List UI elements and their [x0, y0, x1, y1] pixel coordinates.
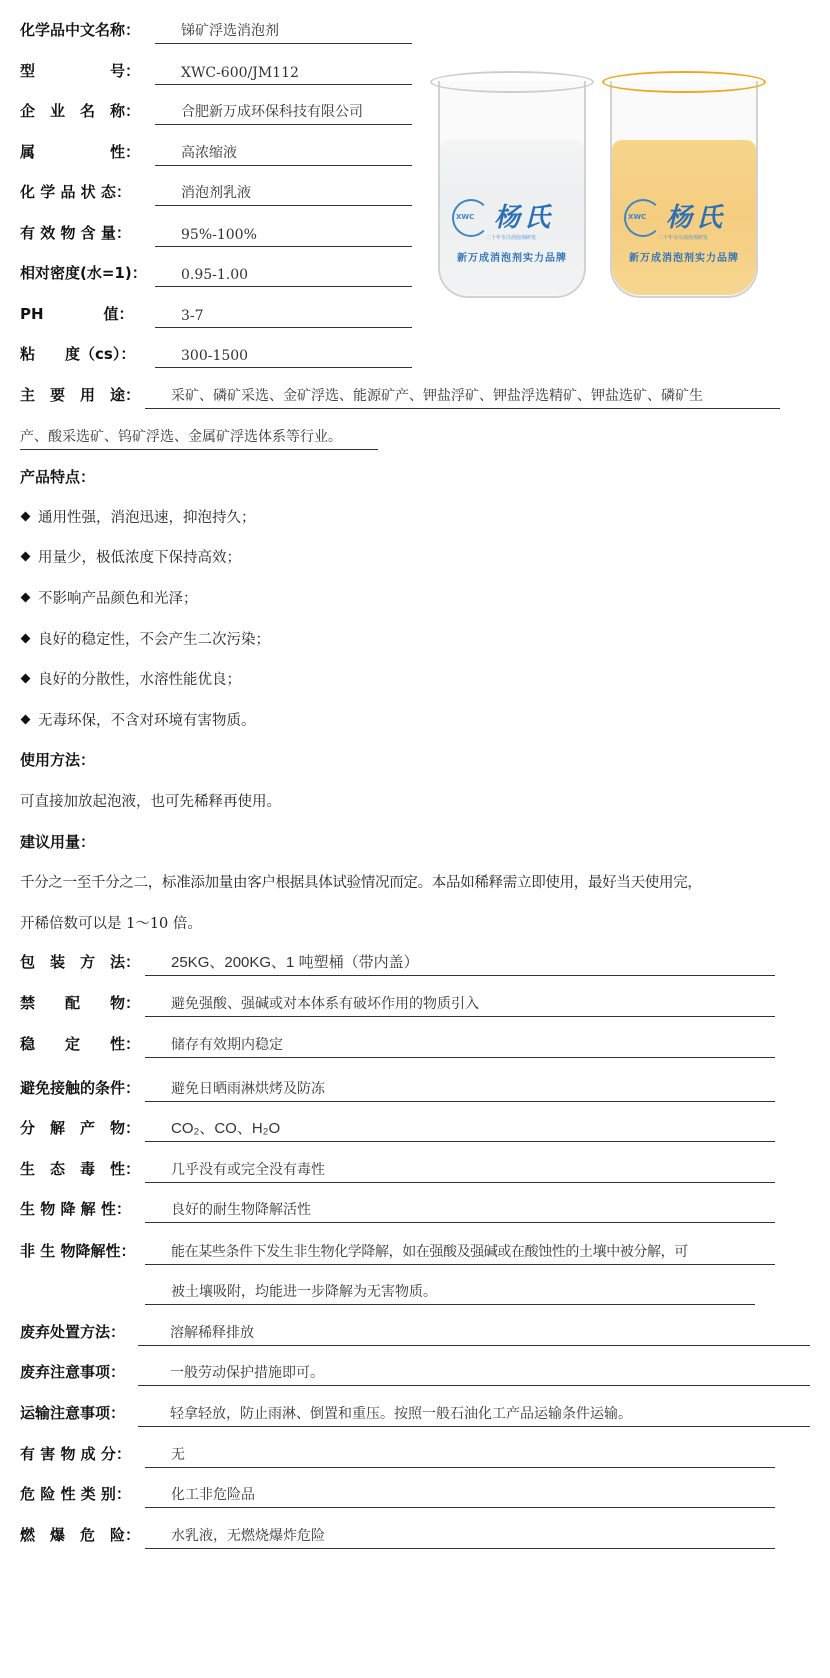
- field-label: 化 学 品 状 态：: [20, 181, 155, 206]
- field-label: 运输注意事项：: [20, 1402, 138, 1427]
- field-label: 生 物 降 解 性：: [20, 1198, 145, 1223]
- field-label: 燃 爆 危 险：: [20, 1524, 145, 1549]
- field-value: 几乎没有或完全没有毒性: [145, 1159, 775, 1183]
- field-label: 禁 配 物：: [20, 992, 145, 1017]
- feature-item: 通用性强，消泡迅速，抑泡持久；: [20, 506, 256, 527]
- diamond-bullet-icon: [21, 593, 31, 603]
- field-value: 采矿、磷矿采选、金矿浮选、能源矿产、钾盐浮矿、钾盐浮选精矿、钾盐选矿、磷矿生: [145, 385, 780, 409]
- field-value: 一般劳动保护措施即可。: [138, 1362, 810, 1386]
- field-company: 企 业 名 称： 合肥新万成环保科技有限公司: [20, 95, 412, 125]
- field-value: 合肥新万成环保科技有限公司: [155, 101, 412, 125]
- dosage-heading: 建议用量：: [20, 831, 95, 852]
- field-ecotoxicity: 生 态 毒 性： 几乎没有或完全没有毒性: [20, 1153, 775, 1183]
- field-biodegradability: 生 物 降 解 性： 良好的耐生物降解活性: [20, 1193, 775, 1223]
- diamond-bullet-icon: [21, 674, 31, 684]
- field-main-use: 主 要 用 途： 采矿、磷矿采选、金矿浮选、能源矿产、钾盐浮矿、钾盐浮选精矿、钾…: [20, 379, 780, 409]
- field-value: 0.95-1.00: [155, 267, 412, 287]
- usage-text: 可直接加放起泡液，也可先稀释再使用。: [20, 790, 281, 811]
- field-label: 避免接触的条件：: [20, 1077, 145, 1102]
- product-image: XWC 杨氏 二十年专注消泡剂研发 新万成消泡剂实力品牌 XWC 杨氏 二十年专…: [430, 55, 770, 325]
- field-label: PH 值：: [20, 303, 155, 328]
- diamond-bullet-icon: [21, 715, 31, 725]
- field-disposal-method: 废弃处置方法： 溶解稀释排放: [20, 1316, 810, 1346]
- brand-slogan: 新万成消泡剂实力品牌: [624, 249, 744, 264]
- field-property: 属 性： 高浓缩液: [20, 136, 412, 166]
- field-value: 轻拿轻放，防止雨淋、倒置和重压。按照一般石油化工产品运输条件运输。: [138, 1403, 810, 1427]
- field-chemical-name: 化学品中文名称： 锑矿浮选消泡剂: [20, 14, 412, 44]
- field-disposal-notes: 废弃注意事项： 一般劳动保护措施即可。: [20, 1356, 810, 1386]
- field-label: 企 业 名 称：: [20, 100, 155, 125]
- field-label: 有 害 物 成 分：: [20, 1443, 145, 1468]
- field-hazard-class: 危 险 性 类 别： 化工非危险品: [20, 1478, 775, 1508]
- feature-item: 用量少，极低浓度下保持高效；: [20, 546, 241, 567]
- diamond-bullet-icon: [21, 634, 31, 644]
- diamond-bullet-icon: [21, 552, 31, 562]
- field-avoid-conditions: 避免接触的条件： 避免日晒雨淋烘烤及防冻: [20, 1072, 775, 1102]
- usage-heading: 使用方法：: [20, 749, 95, 770]
- field-label: 型 号：: [20, 60, 155, 85]
- field-label: 生 态 毒 性：: [20, 1158, 145, 1183]
- field-value: 3-7: [155, 308, 412, 328]
- field-label: 废弃处置方法：: [20, 1321, 138, 1346]
- clear-beaker: XWC 杨氏 二十年专注消泡剂研发 新万成消泡剂实力品牌: [430, 65, 590, 300]
- field-label: 主 要 用 途：: [20, 384, 145, 409]
- field-value: 95%-100%: [155, 227, 412, 247]
- feature-item: 无毒环保，不含对环境有害物质。: [20, 709, 256, 730]
- field-value: 消泡剂乳液: [155, 182, 412, 206]
- field-stability: 稳 定 性： 储存有效期内稳定: [20, 1028, 775, 1058]
- brand-logo: XWC 杨氏 二十年专注消泡剂研发 新万成消泡剂实力品牌: [624, 197, 744, 264]
- field-value: 300-1500: [155, 348, 412, 368]
- field-value: 避免强酸、强碱或对本体系有破坏作用的物质引入: [145, 993, 775, 1017]
- field-label: 包 装 方 法：: [20, 951, 145, 976]
- field-value: 25KG、200KG、1 吨塑桶（带内盖）: [145, 951, 775, 976]
- amber-beaker: XWC 杨氏 二十年专注消泡剂研发 新万成消泡剂实力品牌: [602, 65, 762, 300]
- field-state: 化 学 品 状 态： 消泡剂乳液: [20, 176, 412, 206]
- field-value: 溶解稀释排放: [138, 1322, 810, 1346]
- field-ph: PH 值： 3-7: [20, 298, 412, 328]
- field-density: 相对密度(水=1)： 0.95-1.00: [20, 257, 412, 287]
- field-value: 产、酸采选矿、钨矿浮选、金属矿浮选体系等行业。: [20, 426, 378, 450]
- field-main-use-cont: 产、酸采选矿、钨矿浮选、金属矿浮选体系等行业。: [20, 420, 378, 450]
- field-fire-explosion-hazard: 燃 爆 危 险： 水乳液，无燃烧爆炸危险: [20, 1519, 775, 1549]
- field-value: 避免日晒雨淋烘烤及防冻: [145, 1078, 775, 1102]
- field-abiotic-degradation-cont: 被土壤吸附，均能进一步降解为无害物质。: [145, 1275, 755, 1305]
- features-heading: 产品特点：: [20, 466, 95, 487]
- field-value: CO₂、CO、H₂O: [145, 1117, 775, 1142]
- field-value: 储存有效期内稳定: [145, 1034, 775, 1058]
- field-value: XWC-600/JM112: [155, 65, 412, 85]
- field-incompatible: 禁 配 物： 避免强酸、强碱或对本体系有破坏作用的物质引入: [20, 987, 775, 1017]
- field-label: 粘 度（cs）：: [20, 343, 155, 368]
- brand-slogan: 新万成消泡剂实力品牌: [452, 249, 572, 264]
- field-value: 水乳液，无燃烧爆炸危险: [145, 1525, 775, 1549]
- feature-item: 不影响产品颜色和光泽；: [20, 587, 198, 608]
- field-label: 稳 定 性：: [20, 1033, 145, 1058]
- field-model: 型 号： XWC-600/JM112: [20, 55, 412, 85]
- field-packaging: 包 装 方 法： 25KG、200KG、1 吨塑桶（带内盖）: [20, 946, 775, 976]
- field-value: 高浓缩液: [155, 142, 412, 166]
- field-value: 化工非危险品: [145, 1484, 775, 1508]
- field-label: 化学品中文名称：: [20, 19, 155, 44]
- field-hazardous-components: 有 害 物 成 分： 无: [20, 1438, 775, 1468]
- field-label: 废弃注意事项：: [20, 1361, 138, 1386]
- diamond-bullet-icon: [21, 512, 31, 522]
- field-label: 相对密度(水=1)：: [20, 262, 155, 287]
- field-label: 危 险 性 类 别：: [20, 1483, 145, 1508]
- field-value: 良好的耐生物降解活性: [145, 1199, 775, 1223]
- feature-item: 良好的稳定性，不会产生二次污染；: [20, 628, 270, 649]
- field-value: 被土壤吸附，均能进一步降解为无害物质。: [145, 1281, 755, 1305]
- field-label: 分 解 产 物：: [20, 1117, 145, 1142]
- field-decomposition: 分 解 产 物： CO₂、CO、H₂O: [20, 1112, 775, 1142]
- field-value: 无: [145, 1444, 775, 1468]
- field-value: 锑矿浮选消泡剂: [155, 20, 412, 44]
- field-label: 有 效 物 含 量：: [20, 222, 155, 247]
- feature-item: 良好的分散性，水溶性能优良；: [20, 668, 241, 689]
- brand-logo: XWC 杨氏 二十年专注消泡剂研发 新万成消泡剂实力品牌: [452, 197, 572, 264]
- dosage-text: 千分之一至千分之二，标准添加量由客户根据具体试验情况而定。本品如稀释需立即使用，…: [20, 871, 702, 892]
- field-value: 能在某些条件下发生非生物化学降解，如在强酸及强碱或在酸蚀性的土壤中被分解，可: [145, 1241, 775, 1265]
- field-viscosity: 粘 度（cs）： 300-1500: [20, 338, 412, 368]
- field-transport-notes: 运输注意事项： 轻拿轻放，防止雨淋、倒置和重压。按照一般石油化工产品运输条件运输…: [20, 1397, 810, 1427]
- field-label: 属 性：: [20, 141, 155, 166]
- dosage-text-cont: 开稀倍数可以是 1～10 倍。: [20, 912, 202, 933]
- field-label: 非 生 物降解性：: [20, 1240, 145, 1265]
- field-active-content: 有 效 物 含 量： 95%-100%: [20, 217, 412, 247]
- field-abiotic-degradation: 非 生 物降解性： 能在某些条件下发生非生物化学降解，如在强酸及强碱或在酸蚀性的…: [20, 1235, 775, 1265]
